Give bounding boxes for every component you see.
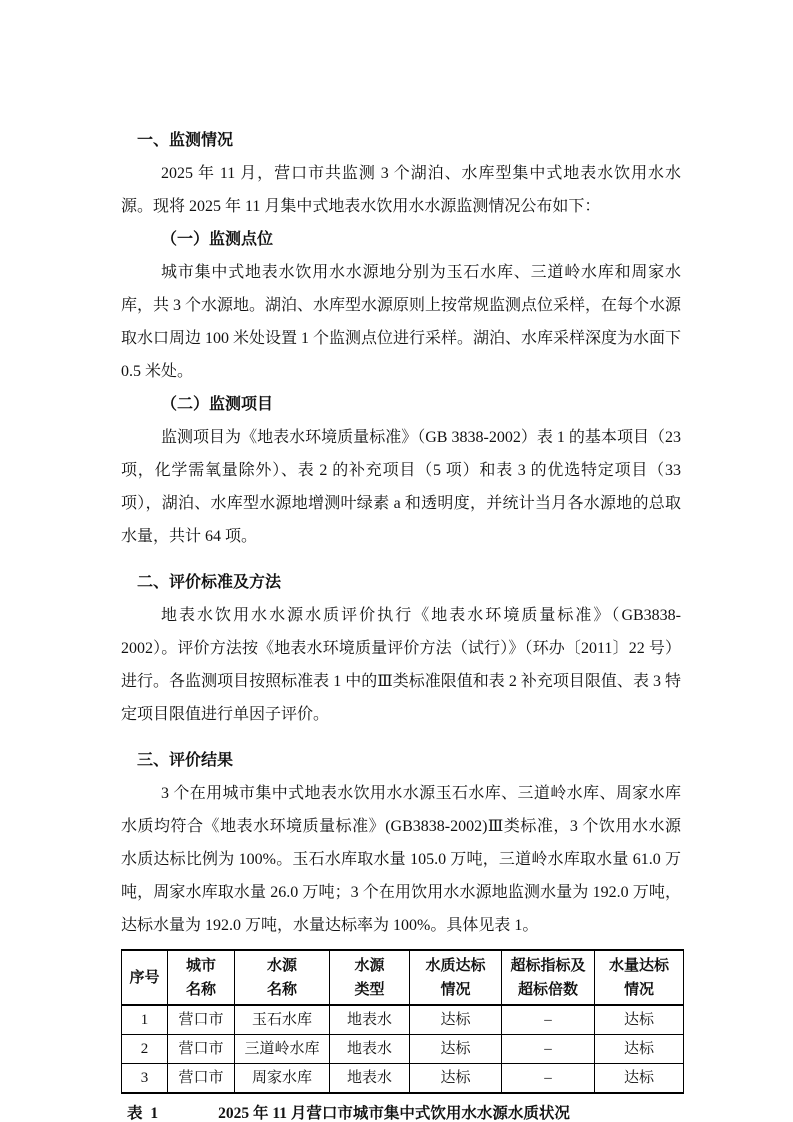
header-cell-exceed-indicators: 超标指标及 超标倍数: [502, 950, 595, 1005]
header-cell-quality-status: 水质达标 情况: [410, 950, 502, 1005]
water-quality-table: 序号 城市 名称 水源 名称 水源 类型 水质达标: [121, 949, 684, 1094]
header-text: 序号: [129, 970, 159, 986]
subsection-1-2-paragraph: 监测项目为《地表水环境质量标准》（GB 3838-2002）表 1 的基本项目（…: [121, 421, 681, 553]
table-header-row: 序号 城市 名称 水源 名称 水源 类型 水质达标: [122, 950, 684, 1005]
cell-source-name: 周家水库: [235, 1064, 330, 1094]
cell-source-type: 地表水: [330, 1064, 410, 1094]
table-caption-label: 表 1: [121, 1099, 160, 1122]
header-text: 城市: [186, 958, 216, 974]
header-cell-source-type: 水源 类型: [330, 950, 410, 1005]
section-3-paragraph: 3 个在用城市集中式地表水饮用水水源玉石水库、三道岭水库、周家水库水质均符合《地…: [121, 777, 681, 942]
subsection-1-1-heading: （一）监测点位: [121, 223, 681, 256]
header-text: 水量达标: [609, 958, 669, 974]
cell-source-name: 三道岭水库: [235, 1035, 330, 1064]
header-text: 情况: [440, 982, 470, 998]
section-1-heading: 一、监测情况: [137, 124, 681, 157]
document-content: 一、监测情况 2025 年 11 月，营口市共监测 3 个湖泊、水库型集中式地表…: [0, 0, 793, 1122]
cell-exceed-indicators: –: [502, 1005, 595, 1035]
cell-quality-status: 达标: [410, 1064, 502, 1094]
table-row: 1 营口市 玉石水库 地表水 达标 – 达标: [122, 1005, 684, 1035]
cell-source-name: 玉石水库: [235, 1005, 330, 1035]
header-text: 超标倍数: [518, 982, 578, 998]
subsection-1-2-heading: （二）监测项目: [121, 388, 681, 421]
header-text: 类型: [354, 982, 384, 998]
header-text: 超标指标及: [510, 958, 585, 974]
table-header: 序号 城市 名称 水源 名称 水源 类型 水质达标: [122, 950, 684, 1005]
cell-index: 2: [122, 1035, 168, 1064]
header-text: 情况: [624, 982, 654, 998]
header-text: 水源: [354, 958, 384, 974]
section-3-heading: 三、评价结果: [137, 744, 681, 777]
header-cell-source-name: 水源 名称: [235, 950, 330, 1005]
cell-index: 3: [122, 1064, 168, 1094]
cell-city: 营口市: [168, 1064, 235, 1094]
cell-exceed-indicators: –: [502, 1035, 595, 1064]
cell-exceed-indicators: –: [502, 1064, 595, 1094]
cell-quality-status: 达标: [410, 1035, 502, 1064]
header-cell-index: 序号: [122, 950, 168, 1005]
section-2-heading: 二、评价标准及方法: [137, 566, 681, 599]
header-cell-city: 城市 名称: [168, 950, 235, 1005]
table-row: 2 营口市 三道岭水库 地表水 达标 – 达标: [122, 1035, 684, 1064]
cell-index: 1: [122, 1005, 168, 1035]
section-2-paragraph: 地表水饮用水水源水质评价执行《地表水环境质量标准》（GB3838-2002）。评…: [121, 599, 681, 731]
document-page: 一、监测情况 2025 年 11 月，营口市共监测 3 个湖泊、水库型集中式地表…: [0, 0, 793, 1122]
header-text: 名称: [267, 982, 297, 998]
cell-volume-status: 达标: [595, 1064, 684, 1094]
header-text: 水源: [267, 958, 297, 974]
header-text: 名称: [186, 982, 216, 998]
cell-source-type: 地表水: [330, 1005, 410, 1035]
header-cell-volume-status: 水量达标 情况: [595, 950, 684, 1005]
cell-city: 营口市: [168, 1035, 235, 1064]
table-row: 3 营口市 周家水库 地表水 达标 – 达标: [122, 1064, 684, 1094]
section-1-intro-paragraph: 2025 年 11 月，营口市共监测 3 个湖泊、水库型集中式地表水饮用水水源。…: [121, 157, 681, 223]
cell-quality-status: 达标: [410, 1005, 502, 1035]
cell-city: 营口市: [168, 1005, 235, 1035]
cell-volume-status: 达标: [595, 1005, 684, 1035]
header-text: 水质达标: [425, 958, 485, 974]
cell-source-type: 地表水: [330, 1035, 410, 1064]
table-caption-title: 2025 年 11 月营口市城市集中式饮用水水源水质状况: [218, 1099, 570, 1122]
table-caption: 表 1 2025 年 11 月营口市城市集中式饮用水水源水质状况: [121, 1099, 681, 1122]
subsection-1-1-paragraph: 城市集中式地表水饮用水水源地分别为玉石水库、三道岭水库和周家水库，共 3 个水源…: [121, 256, 681, 388]
table-body: 1 营口市 玉石水库 地表水 达标 – 达标 2 营口市 三道岭水库 地表水 达…: [122, 1005, 684, 1093]
cell-volume-status: 达标: [595, 1035, 684, 1064]
